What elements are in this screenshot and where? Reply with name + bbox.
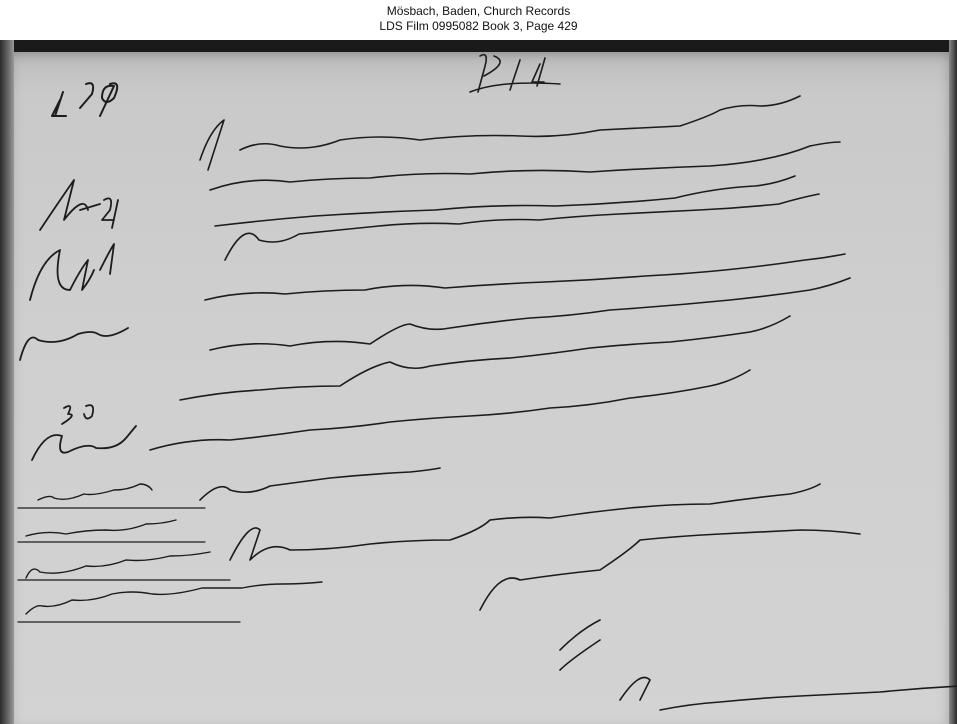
handwriting-ink — [0, 0, 957, 724]
